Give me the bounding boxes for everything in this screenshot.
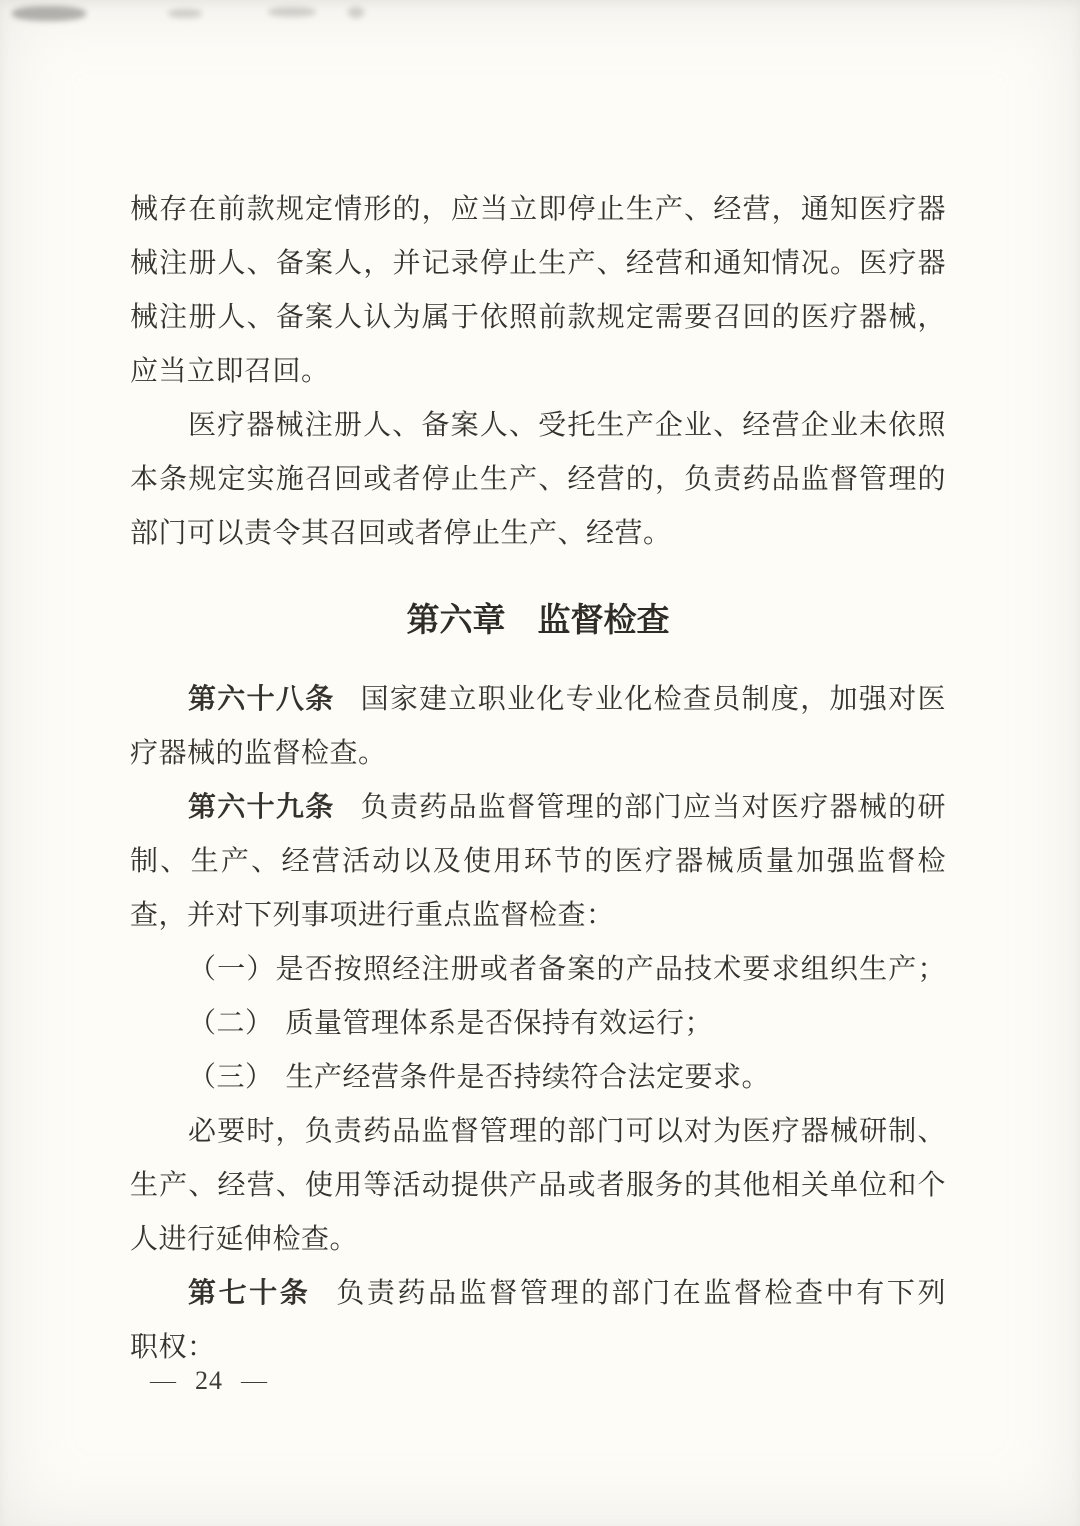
text-line: 人进行延伸检查。 xyxy=(130,1213,946,1267)
footer-dash-left: — xyxy=(150,1369,177,1393)
text-line: （一）是否按照经注册或者备案的产品技术要求组织生产； xyxy=(130,943,946,997)
text-line: 械注册人、备案人，并记录停止生产、经营和通知情况。医疗器 xyxy=(130,237,946,291)
page-number: 24 xyxy=(195,1366,223,1396)
text-line: 部门可以责令其召回或者停止生产、经营。 xyxy=(130,507,946,561)
text-line: 疗器械的监督检查。 xyxy=(130,727,946,781)
footer-dash-right: — xyxy=(241,1369,268,1393)
chapter-title: 监督检查 xyxy=(538,594,670,641)
text-line: 应当立即召回。 xyxy=(130,345,946,399)
text-line: 必要时，负责药品监督管理的部门可以对为医疗器械研制、 xyxy=(130,1105,946,1159)
article-number: 第七十条 xyxy=(188,1278,310,1309)
text-line: （二）质量管理体系是否保持有效运行； xyxy=(130,997,946,1051)
text-line: 查，并对下列事项进行重点监督检查： xyxy=(130,889,946,943)
text-line: （三）生产经营条件是否持续符合法定要求。 xyxy=(130,1051,946,1105)
scan-smudge xyxy=(168,9,202,18)
scan-smudge xyxy=(348,7,364,18)
chapter-number: 第六章 xyxy=(407,594,506,641)
text-line: 第六十九条负责药品监督管理的部门应当对医疗器械的研 xyxy=(130,781,946,835)
page-footer: — 24 — xyxy=(150,1366,268,1396)
article-number: 第六十八条 xyxy=(188,684,335,715)
scan-smudge xyxy=(268,7,316,17)
text-line: 制、生产、经营活动以及使用环节的医疗器械质量加强监督检 xyxy=(130,835,946,889)
text-line: 械存在前款规定情形的，应当立即停止生产、经营，通知医疗器 xyxy=(130,183,946,237)
text-line: 生产、经营、使用等活动提供产品或者服务的其他相关单位和个 xyxy=(130,1159,946,1213)
body-text: 械存在前款规定情形的，应当立即停止生产、经营，通知医疗器械注册人、备案人，并记录… xyxy=(130,183,946,1375)
item-label: （三） xyxy=(188,1062,274,1093)
article-number: 第六十九条 xyxy=(188,792,335,823)
text-line: 本条规定实施召回或者停止生产、经营的，负责药品监督管理的 xyxy=(130,453,946,507)
text-line: 第七十条负责药品监督管理的部门在监督检查中有下列 xyxy=(130,1267,946,1321)
chapter-heading: 第六章监督检查 xyxy=(130,561,946,673)
scan-smudge xyxy=(12,6,86,21)
document-page: 械存在前款规定情形的，应当立即停止生产、经营，通知医疗器械注册人、备案人，并记录… xyxy=(0,0,1080,1526)
text-line: 第六十八条国家建立职业化专业化检查员制度，加强对医 xyxy=(130,673,946,727)
text-line: 械注册人、备案人认为属于依照前款规定需要召回的医疗器械， xyxy=(130,291,946,345)
item-label: （二） xyxy=(188,1008,274,1039)
text-line: 医疗器械注册人、备案人、受托生产企业、经营企业未依照 xyxy=(130,399,946,453)
